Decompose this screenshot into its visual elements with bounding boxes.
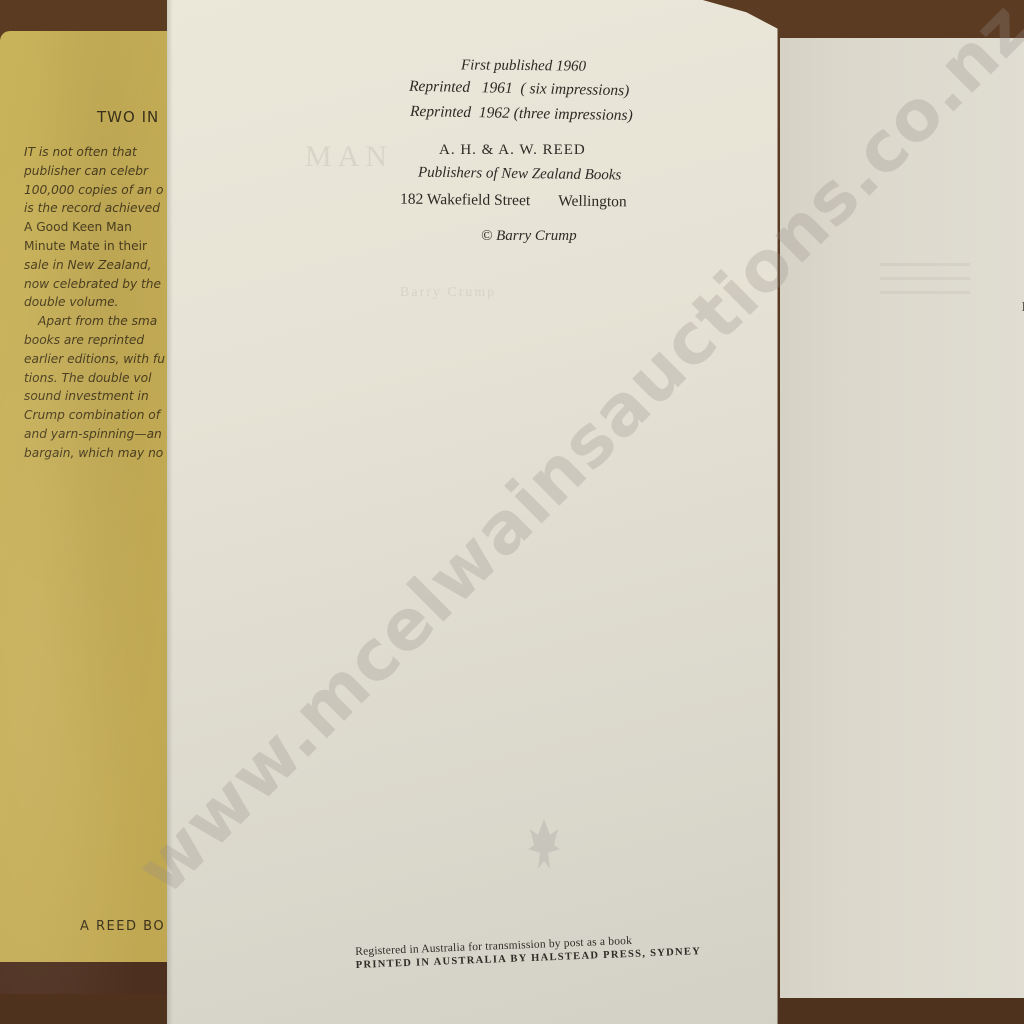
jacket-blurb-line: double volume.: [24, 293, 172, 312]
jacket-blurb-line: IT is not often that: [24, 143, 172, 162]
jacket-blurb-line: Apart from the sma: [24, 312, 172, 331]
publisher-name: A. H. & A. W. REED: [439, 142, 586, 159]
publisher-device-icon: [520, 815, 568, 875]
jacket-publisher-footer: A REED BO: [80, 919, 165, 934]
address-city: Wellington: [558, 193, 627, 211]
jacket-blurb-line: Crump combination of: [24, 406, 172, 425]
jacket-blurb-line: and yarn-spinning—an: [24, 425, 172, 444]
address-street: 182 Wakefield Street: [400, 191, 530, 210]
jacket-blurb-line: tions. The double vol: [24, 369, 172, 388]
show-through-text: [880, 263, 970, 303]
jacket-blurb: IT is not often thatpublisher can celebr…: [24, 143, 172, 463]
publisher-address: 182 Wakefield StreetWellington: [400, 191, 627, 212]
jacket-blurb-line: books are reprinted: [24, 331, 172, 350]
reprint-year: 1962: [479, 104, 510, 122]
jacket-blurb-line: sale in New Zealand,: [24, 256, 172, 275]
jacket-bottom-edge: [0, 962, 172, 994]
show-through-author: Barry Crump: [400, 285, 496, 301]
first-published: First published 1960: [461, 57, 586, 75]
page-edge-shadow: [167, 0, 173, 1024]
jacket-blurb-line: now celebrated by the: [24, 275, 172, 294]
reprint-label: Reprinted: [410, 103, 471, 121]
dust-jacket-flap: TWO IN IT is not often thatpublisher can…: [0, 31, 172, 994]
jacket-blurb-line: is the record achieved: [24, 199, 172, 218]
jacket-title: TWO IN: [97, 108, 159, 126]
jacket-blurb-line: Minute Mate in their: [24, 237, 172, 256]
jacket-blurb-line: publisher can celebr: [24, 162, 172, 181]
copyright-notice: © Barry Crump: [481, 228, 577, 245]
jacket-blurb-line: A Good Keen Man: [24, 218, 172, 237]
reprint-year: 1961: [482, 79, 513, 97]
jacket-blurb-line: sound investment in: [24, 387, 172, 406]
jacket-blurb-line: bargain, which may no: [24, 444, 172, 463]
show-through-title: MAN: [305, 140, 393, 174]
jacket-blurb-line: earlier editions, with fu: [24, 350, 172, 369]
facing-page: I: [780, 38, 1024, 998]
reprint-label: Reprinted: [409, 78, 470, 96]
jacket-blurb-line: 100,000 copies of an o: [24, 181, 172, 200]
publisher-tagline: Publishers of New Zealand Books: [418, 165, 622, 185]
reprint-note: (three impressions): [514, 105, 633, 124]
reprint-note: ( six impressions): [520, 80, 629, 99]
